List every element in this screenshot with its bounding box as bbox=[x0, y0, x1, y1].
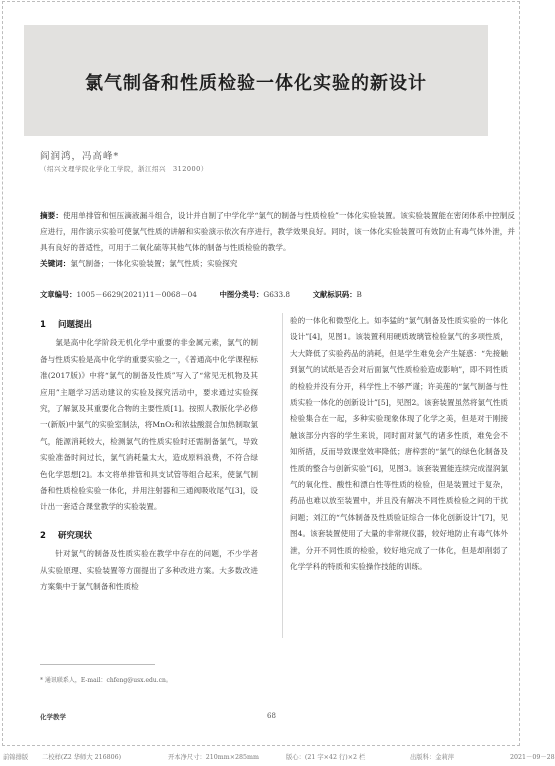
keywords-label: 关键词： bbox=[40, 259, 70, 268]
article-title: 氯气制备和性质检验一体化实验的新设计 bbox=[24, 69, 488, 95]
abstract-block: 摘要：使用单排管和恒压滴液漏斗组合，设计并自制了中学化学“氯气的制备与性质检验”… bbox=[40, 208, 515, 272]
section-heading-1: 1问题提出 bbox=[40, 317, 258, 333]
doc-code: B bbox=[357, 290, 362, 299]
article-meta: 文章编号：1005－6629(2021)11－0068－04 中图分类号：G63… bbox=[40, 290, 362, 300]
journal-name: 化学教学 bbox=[40, 712, 66, 721]
section-heading-2: 2研究现状 bbox=[40, 528, 258, 544]
clc-code: G633.8 bbox=[263, 290, 290, 299]
column-divider bbox=[282, 313, 283, 638]
abstract: 摘要：使用单排管和恒压滴液漏斗组合，设计并自制了中学化学“氯气的制备与性质检验”… bbox=[40, 208, 515, 256]
keywords: 关键词：氯气制备；一体化实验装置；氯气性质；实验探究 bbox=[40, 256, 515, 272]
clc-label: 中图分类号： bbox=[220, 290, 264, 299]
article-no-label: 文章编号： bbox=[40, 290, 76, 299]
page-number: 68 bbox=[267, 712, 276, 720]
doc-code-label: 文献标识码： bbox=[313, 290, 357, 299]
trim-size: 开本净尺寸：210mm×285mm bbox=[168, 752, 259, 761]
keywords-text: 氯气制备；一体化实验装置；氯气性质；实验探究 bbox=[70, 259, 237, 268]
typesetting: 前锦排版 bbox=[3, 752, 28, 761]
abstract-text: 使用单排管和恒压滴液漏斗组合，设计并自制了中学化学“氯气的制备与性质检验”一体化… bbox=[40, 211, 515, 252]
left-column: 1问题提出 氯是高中化学阶段无机化学中重要的非金属元素，氯气的制备与性质实验是高… bbox=[40, 317, 258, 596]
layout-info: 版心：(21 字×42 行)×2 栏 bbox=[286, 752, 365, 761]
editor-info: 出版科：金莉萍 bbox=[410, 752, 454, 761]
right-column-paragraph: 验的一体化和微型化上。如李猛的“氯气制备及性质实验的一体化设计”[4]，见图1。… bbox=[290, 313, 508, 576]
proof-info: 二校样(Z2 华师大 216806) bbox=[42, 752, 121, 761]
right-column: 验的一体化和微型化上。如李猛的“氯气制备及性质实验的一体化设计”[4]，见图1。… bbox=[290, 313, 508, 576]
abstract-label: 摘要： bbox=[40, 211, 63, 220]
footnote: * 通讯联系人，E-mail：chfeng@usx.edu.cn。 bbox=[40, 675, 172, 684]
title-band: 氯气制备和性质检验一体化实验的新设计 bbox=[24, 25, 488, 136]
article-no: 1005－6629(2021)11－0068－04 bbox=[76, 290, 196, 299]
section-1-paragraph: 氯是高中化学阶段无机化学中重要的非金属元素，氯气的制备与性质实验是高中化学的重要… bbox=[40, 335, 258, 515]
print-date: 2021－09－28 bbox=[510, 752, 555, 761]
author-names: 阎润鸿，冯高峰* bbox=[40, 148, 119, 162]
section-2-paragraph: 针对氯气的制备及性质实验在教学中存在的问题，不少学者从实验原理、实验装置等方面提… bbox=[40, 546, 258, 595]
author-affiliation: （绍兴文理学院化学化工学院，浙江绍兴 312000） bbox=[40, 164, 208, 173]
footnote-rule bbox=[40, 664, 155, 665]
